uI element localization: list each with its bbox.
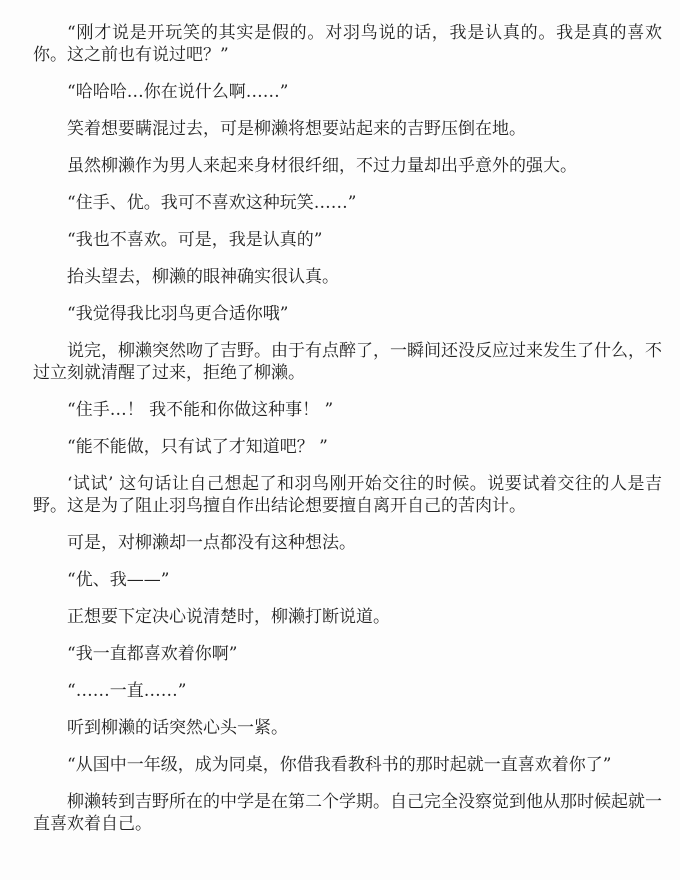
- paragraph: “从国中一年级，成为同桌，你借我看教科书的那时起就一直喜欢着你了”: [33, 754, 662, 776]
- paragraph: 可是，对柳濑却一点都没有这种想法。: [33, 532, 662, 554]
- paragraph: “我觉得我比羽鸟更合适你哦”: [33, 303, 662, 325]
- paragraph: 虽然柳濑作为男人来起来身材很纤细，不过力量却出乎意外的强大。: [33, 155, 662, 177]
- page-background: { "page": { "background_color": "#fdfdfd…: [0, 0, 680, 880]
- paragraph: “哈哈哈…你在说什么啊……”: [33, 81, 662, 103]
- paragraph: “刚才说是开玩笑的其实是假的。对羽鸟说的话，我是认真的。我是真的喜欢你。这之前也…: [33, 22, 662, 66]
- paragraph: 说完，柳濑突然吻了吉野。由于有点醉了，一瞬间还没反应过来发生了什么，不过立刻就清…: [33, 340, 662, 384]
- paragraph: 听到柳濑的话突然心头一紧。: [33, 717, 662, 739]
- paragraph: “我也不喜欢。可是，我是认真的”: [33, 229, 662, 251]
- paragraph: 笑着想要瞒混过去，可是柳濑将想要站起来的吉野压倒在地。: [33, 118, 662, 140]
- text-body: “刚才说是开玩笑的其实是假的。对羽鸟说的话，我是认真的。我是真的喜欢你。这之前也…: [33, 22, 662, 835]
- paragraph: ‘试试’ 这句话让自己想起了和羽鸟刚开始交往的时候。说要试着交往的人是吉野。这是…: [33, 473, 662, 517]
- paragraph: “能不能做，只有试了才知道吧？ ”: [33, 436, 662, 458]
- paragraph: “住手、优。我可不喜欢这种玩笑……”: [33, 192, 662, 214]
- paragraph: 柳濑转到吉野所在的中学是在第二个学期。自己完全没察觉到他从那时候起就一直喜欢着自…: [33, 791, 662, 835]
- paragraph: 抬头望去，柳濑的眼神确实很认真。: [33, 266, 662, 288]
- paragraph: “我一直都喜欢着你啊”: [33, 643, 662, 665]
- paragraph: “住手…！ 我不能和你做这种事！ ”: [33, 399, 662, 421]
- paragraph: “优、我——”: [33, 569, 662, 591]
- paragraph: 正想要下定决心说清楚时，柳濑打断说道。: [33, 606, 662, 628]
- paragraph: “……一直……”: [33, 680, 662, 702]
- document-page: “刚才说是开玩笑的其实是假的。对羽鸟说的话，我是认真的。我是真的喜欢你。这之前也…: [0, 0, 680, 880]
